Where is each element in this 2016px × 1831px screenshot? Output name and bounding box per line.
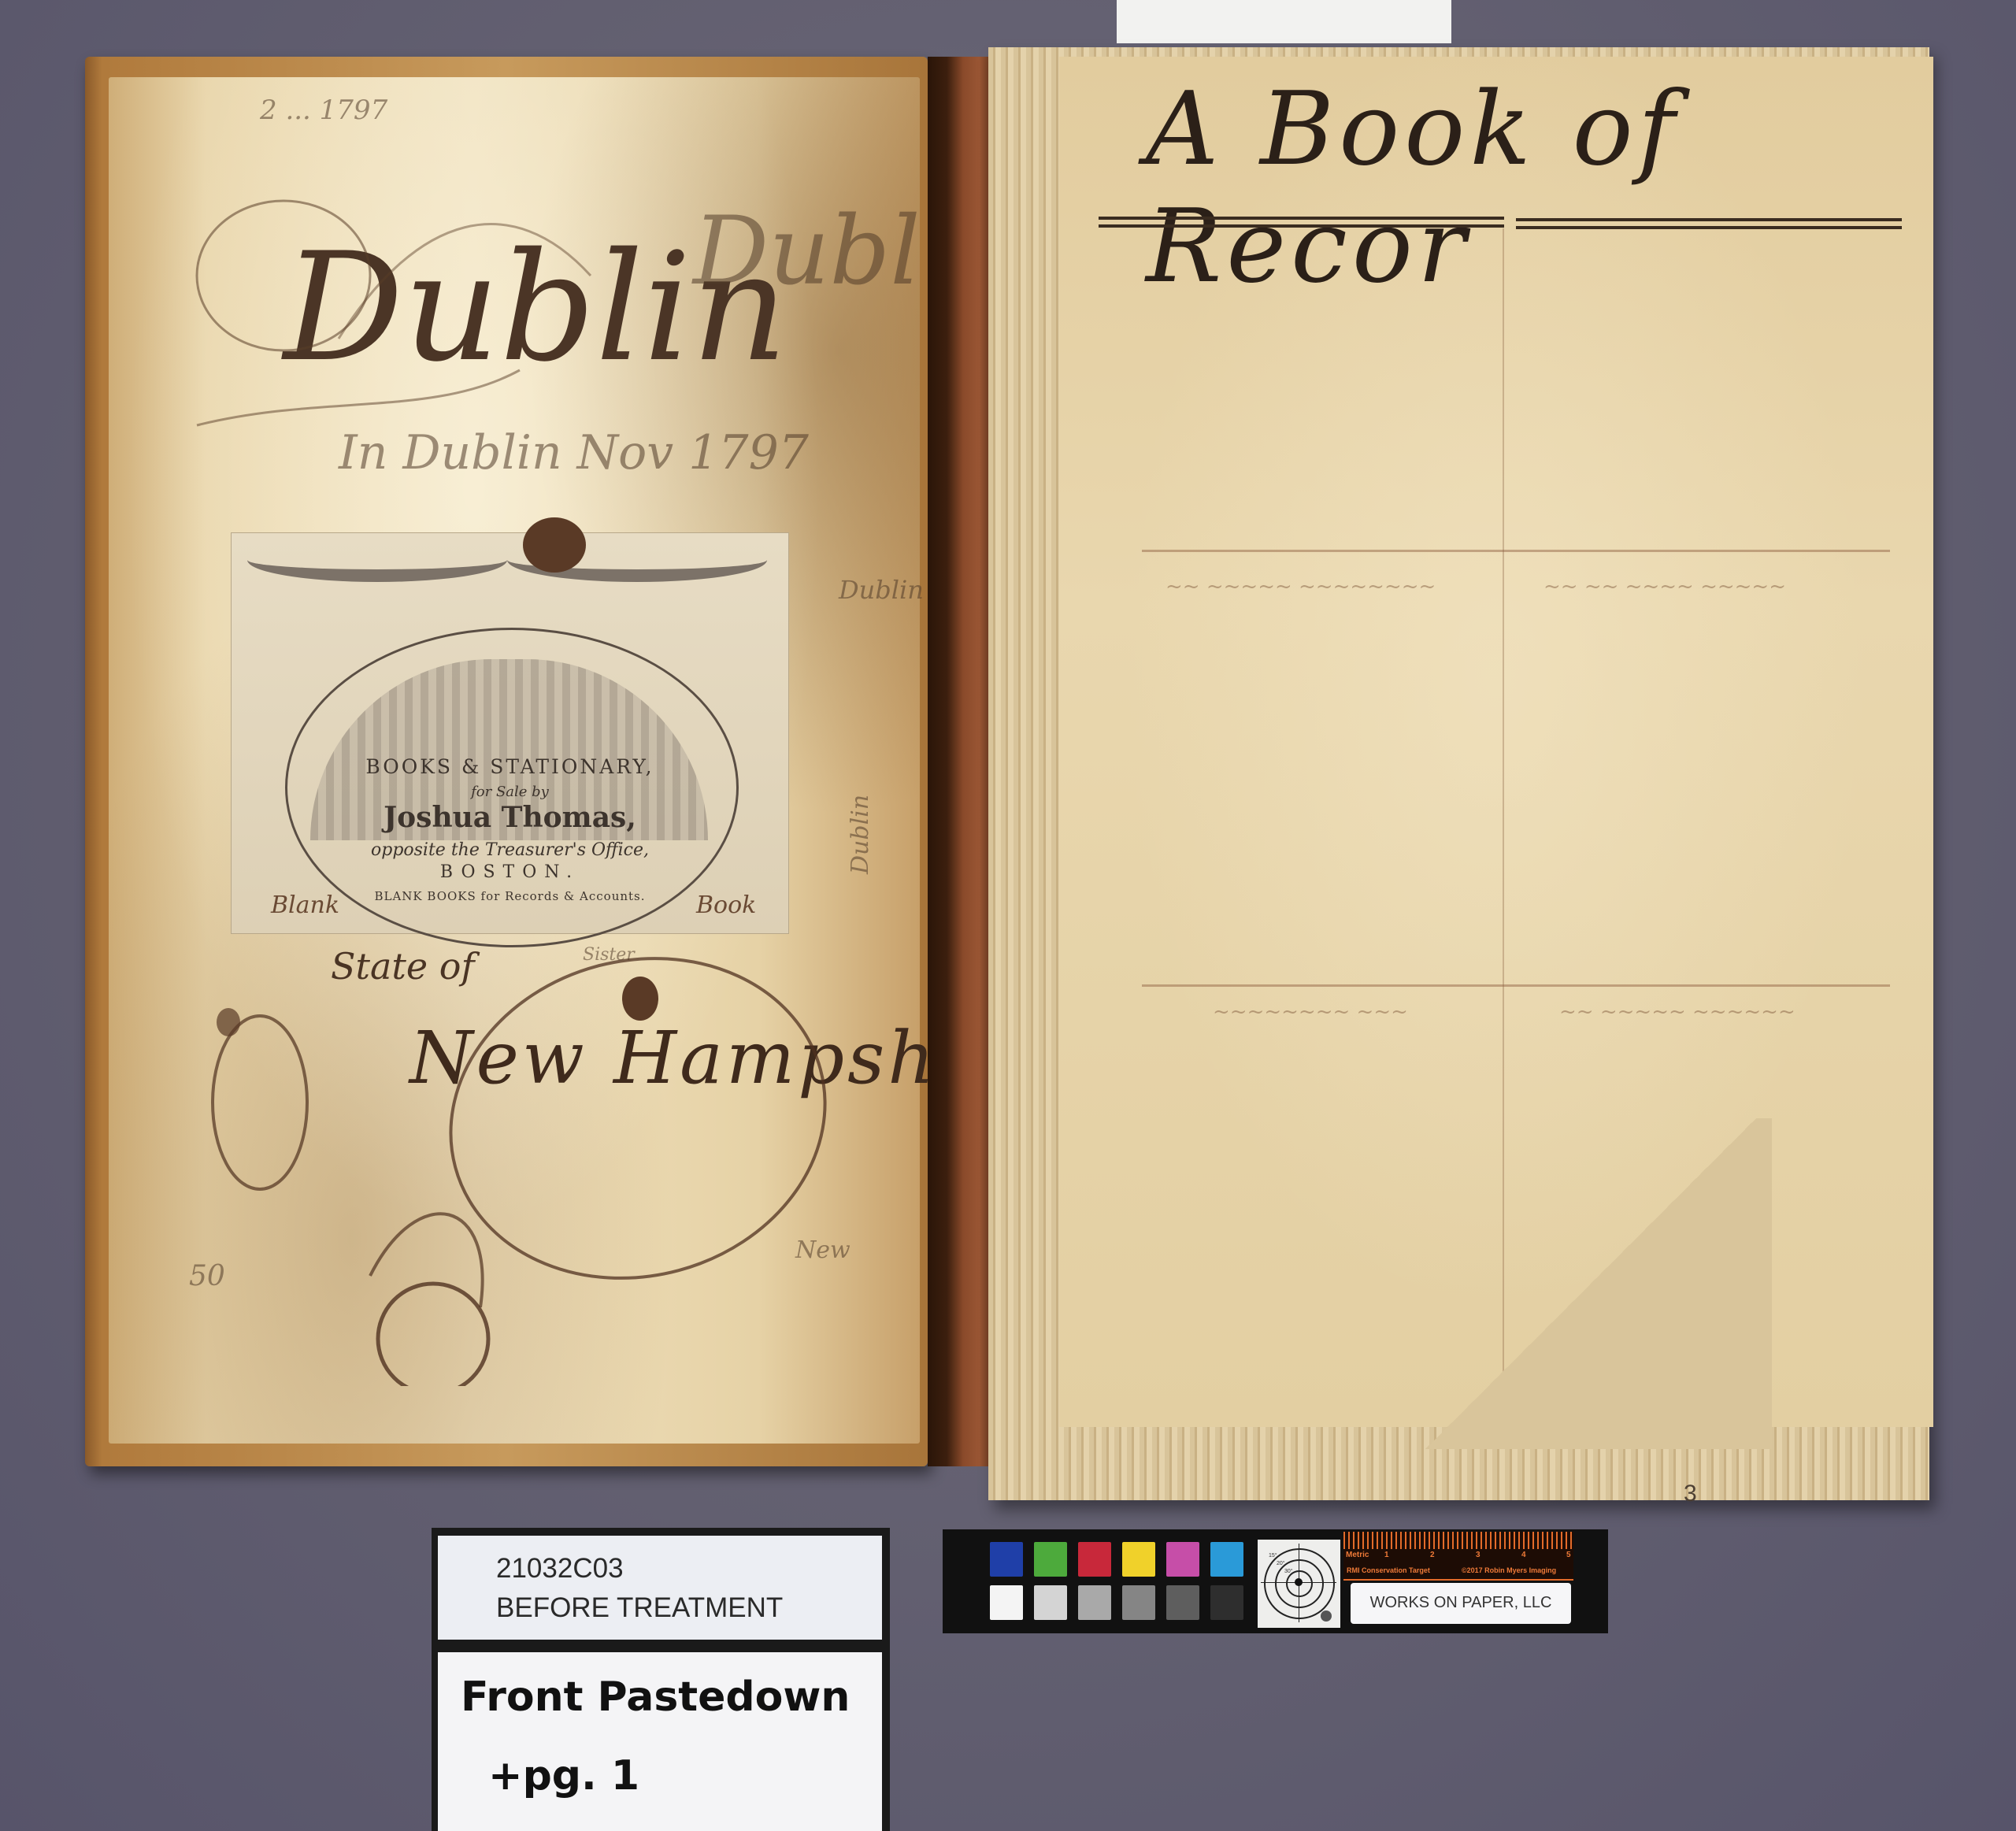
ruler-tick-1: 1 [1384,1551,1389,1559]
ruler-brand: RMI Conservation Target [1347,1566,1430,1574]
bookseller-ticket: BOOKS & STATIONARY, for Sale by Joshua T… [231,532,789,934]
gray-swatch [1034,1585,1067,1620]
handwritten-book: Book [696,891,756,919]
ink-blot [622,977,658,1021]
ink-blot [217,1008,240,1036]
ruler-unit: Metric [1346,1551,1369,1559]
flourish-d [181,181,622,449]
metric-ruler: Metric 1 2 3 4 5 RMI Conservation Target… [1343,1532,1573,1581]
scribble-new: New [795,1236,850,1264]
gray-swatch [990,1585,1023,1620]
ledger-rule [1142,550,1890,552]
page-title: A Book of Recor [1146,71,2016,306]
title-rule [1099,217,1504,220]
treatment-status: BEFORE TREATMENT [496,1592,783,1624]
gray-swatch [1210,1585,1243,1620]
label-printed-area [438,1536,882,1640]
gray-swatch [1078,1585,1111,1620]
ruler-copyright: ©2017 Robin Myers Imaging [1462,1566,1556,1574]
bleed-through-text: ~~ ~~ ~~~~ ~~~~~ [1543,575,1786,599]
margin-word: Dublin [839,575,924,605]
angle-label: 20° [1277,1561,1285,1566]
color-swatch [1166,1542,1199,1577]
ticket-name: Joshua Thomas, [232,801,788,834]
handwritten-front-pastedown: Front Pastedown [461,1673,850,1721]
object-id: 21032C03 [496,1553,624,1585]
torn-page-corner [1410,1118,1772,1449]
ruler-ticks [1343,1532,1573,1549]
ticket-heading: BOOKS & STATIONARY, [232,755,788,778]
color-swatch [1210,1542,1243,1577]
ink-stain [523,517,586,573]
angle-label: 15° [1269,1553,1277,1559]
ruler-tick-2: 2 [1430,1551,1435,1559]
ruler-tick-4: 4 [1521,1551,1526,1559]
handwritten-page: +pg. 1 [488,1752,639,1799]
bleed-through-text: ~~~~~~~~ ~~~ [1213,1000,1408,1024]
secondary-script: Dubl [693,197,921,306]
top-paper-strip [1117,0,1451,43]
ledger-rule [1142,984,1890,987]
title-rule [1516,226,1902,229]
bleed-through-text: ~~ ~~~~~ ~~~~~~ [1559,1000,1795,1024]
ticket-address: opposite the Treasurer's Office, [232,840,788,860]
gray-swatch [1122,1585,1155,1620]
angle-label: 30° [1284,1569,1293,1574]
drape-left [247,538,507,582]
bleed-through-text: ~~ ~~~~~ ~~~~~~~~ [1165,575,1436,599]
target-center [1295,1578,1303,1586]
gray-swatch [1166,1585,1199,1620]
ruler-tick-3: 3 [1476,1551,1480,1559]
scribble-sister: Sister [583,945,635,965]
color-swatch [990,1542,1023,1577]
gray-dot [1321,1610,1332,1622]
color-swatch [1122,1542,1155,1577]
top-scribble: 2 ... 1797 [260,95,387,126]
color-swatch [1034,1542,1067,1577]
title-rule [1099,224,1504,228]
color-swatch [1078,1542,1111,1577]
scribble-50: 50 [189,1260,225,1292]
vertical-dublin: Dublin [847,795,874,874]
handwritten-blank: Blank [271,891,339,919]
flourish-n [197,945,906,1386]
ticket-sold-by: for Sale by [232,784,788,800]
title-rule [1516,218,1902,221]
ruler-tick-5: 5 [1566,1551,1571,1559]
company-label: WORKS ON PAPER, LLC [1351,1583,1571,1624]
page-number: 3 [1684,1481,1697,1507]
company-name: WORKS ON PAPER, LLC [1351,1594,1571,1612]
ticket-city: BOSTON. [232,862,788,882]
book-spine [928,57,992,1466]
crosshair-target: 15° 20° 30° [1258,1540,1340,1628]
